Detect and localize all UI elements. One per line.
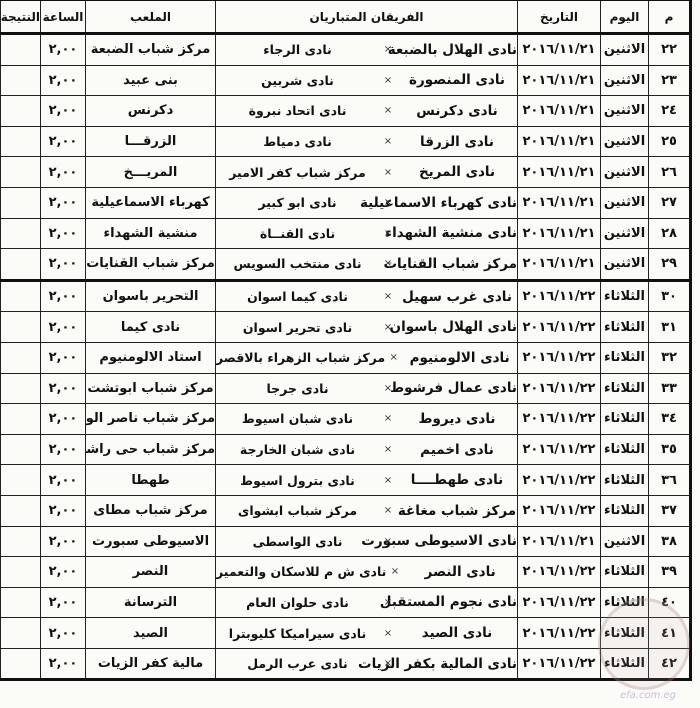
- match-stadium: طهطا: [86, 465, 216, 496]
- away-team: مركز شباب الزهراء بالاقصر: [216, 350, 385, 365]
- home-team: نادى الهلال بالضبعة: [397, 42, 517, 58]
- match-day: الثلاثاء: [601, 342, 649, 373]
- home-team: نادى طهطــــا: [397, 472, 517, 488]
- match-stadium: نادى كيما: [86, 312, 216, 343]
- match-date: ٢٠١٦/١١/٢٢: [518, 404, 601, 435]
- versus-icon: ×: [379, 136, 397, 147]
- match-teams: نادى الهلال باسوان×نادى تحرير اسوان: [216, 312, 518, 343]
- match-result: [1, 526, 41, 557]
- match-day: الثلاثاء: [601, 434, 649, 465]
- match-date: ٢٠١٦/١١/٢٢: [518, 618, 601, 649]
- away-team: نادى بترول اسيوط: [216, 473, 379, 488]
- away-team: نادى الواسطى: [216, 534, 379, 549]
- versus-icon: ×: [386, 566, 403, 577]
- versus-icon: ×: [379, 505, 397, 516]
- match-result: [1, 342, 41, 373]
- match-number: ٣٩: [649, 557, 691, 588]
- home-team: نادى الهلال باسوان: [397, 319, 517, 335]
- table-row: ٣٤الثلاثاء٢٠١٦/١١/٢٢نادى ديروط×نادى شبان…: [1, 404, 691, 435]
- match-result: [1, 96, 41, 127]
- match-teams: نادى نجوم المستقبل×نادى حلوان العام: [216, 587, 518, 618]
- away-team: مركز شباب ابشواى: [216, 503, 379, 518]
- away-team: نادى سيراميكا كليوبترا: [216, 626, 379, 641]
- match-day: الاثنين: [601, 187, 649, 218]
- match-date: ٢٠١٦/١١/٢١: [518, 34, 601, 66]
- match-stadium: النصر: [86, 557, 216, 588]
- home-team: نادى النصر: [403, 564, 517, 580]
- match-stadium: مركز شباب الضبعة: [86, 34, 216, 66]
- match-day: الاثنين: [601, 34, 649, 66]
- match-time: ٢,٠٠: [41, 557, 86, 588]
- fixtures-body: ٢٢الاثنين٢٠١٦/١١/٢١نادى الهلال بالضبعة×ن…: [1, 34, 691, 680]
- home-team: نادى منشية الشهداء: [397, 225, 517, 241]
- match-stadium: مركز شباب ناصر الوليدية: [86, 404, 216, 435]
- match-date: ٢٠١٦/١١/٢١: [518, 65, 601, 96]
- away-team: نادى كيما اسوان: [216, 289, 379, 304]
- fixtures-sheet: م اليوم التاريخ الفريقان المتباريان المل…: [0, 0, 700, 708]
- match-day: الثلاثاء: [601, 312, 649, 343]
- match-time: ٢,٠٠: [41, 249, 86, 281]
- fixtures-table: م اليوم التاريخ الفريقان المتباريان المل…: [0, 0, 692, 681]
- match-time: ٢,٠٠: [41, 526, 86, 557]
- home-team: مركز شباب القنايات: [397, 256, 517, 272]
- away-team: نادى شربين: [216, 73, 379, 88]
- match-number: ٣٧: [649, 495, 691, 526]
- versus-icon: ×: [379, 444, 397, 455]
- match-time: ٢,٠٠: [41, 618, 86, 649]
- match-result: [1, 218, 41, 249]
- match-number: ٣٥: [649, 434, 691, 465]
- match-date: ٢٠١٦/١١/٢٢: [518, 648, 601, 680]
- match-date: ٢٠١٦/١١/٢٢: [518, 280, 601, 312]
- table-row: ٣٩الثلاثاء٢٠١٦/١١/٢٢نادى النصر×نادى ش م …: [1, 557, 691, 588]
- table-row: ٣٢الثلاثاء٢٠١٦/١١/٢٢نادى الالومنيوم×مركز…: [1, 342, 691, 373]
- match-date: ٢٠١٦/١١/٢٢: [518, 557, 601, 588]
- away-team: نادى شبان اسيوط: [216, 411, 379, 426]
- match-result: [1, 465, 41, 496]
- away-team: نادى حلوان العام: [216, 595, 379, 610]
- table-row: ٤٠الثلاثاء٢٠١٦/١١/٢٢نادى نجوم المستقبل×ن…: [1, 587, 691, 618]
- table-row: ٤٢الثلاثاء٢٠١٦/١١/٢٢نادى المالية بكفر ال…: [1, 648, 691, 680]
- match-time: ٢,٠٠: [41, 404, 86, 435]
- match-date: ٢٠١٦/١١/٢١: [518, 96, 601, 127]
- home-team: نادى المريخ: [397, 164, 517, 180]
- versus-icon: ×: [379, 658, 397, 669]
- match-stadium: دكرنس: [86, 96, 216, 127]
- match-result: [1, 434, 41, 465]
- versus-icon: ×: [379, 291, 397, 302]
- match-number: ٢٦: [649, 157, 691, 188]
- federation-logo-watermark: [598, 598, 690, 690]
- match-stadium: منشية الشهداء: [86, 218, 216, 249]
- match-day: الثلاثاء: [601, 495, 649, 526]
- home-team: نادى عمال فرشوط: [397, 380, 517, 396]
- versus-icon: ×: [379, 105, 397, 116]
- match-result: [1, 618, 41, 649]
- match-time: ٢,٠٠: [41, 312, 86, 343]
- versus-icon: ×: [379, 475, 397, 486]
- table-row: ٢٢الاثنين٢٠١٦/١١/٢١نادى الهلال بالضبعة×ن…: [1, 34, 691, 66]
- table-row: ٣٥الثلاثاء٢٠١٦/١١/٢٢نادى اخميم×نادى شبان…: [1, 434, 691, 465]
- match-number: ٣٠: [649, 280, 691, 312]
- match-result: [1, 557, 41, 588]
- match-date: ٢٠١٦/١١/٢١: [518, 187, 601, 218]
- match-stadium: مالية كفر الزيات: [86, 648, 216, 680]
- match-result: [1, 373, 41, 404]
- match-time: ٢,٠٠: [41, 587, 86, 618]
- match-time: ٢,٠٠: [41, 434, 86, 465]
- match-time: ٢,٠٠: [41, 65, 86, 96]
- match-date: ٢٠١٦/١١/٢١: [518, 249, 601, 281]
- home-team: نادى اخميم: [397, 442, 517, 458]
- match-teams: نادى الاسيوطى سبورت×نادى الواسطى: [216, 526, 518, 557]
- match-stadium: الصيد: [86, 618, 216, 649]
- match-result: [1, 312, 41, 343]
- home-team: نادى نجوم المستقبل: [397, 594, 517, 610]
- home-team: نادى الالومنيوم: [402, 350, 517, 366]
- match-day: الاثنين: [601, 65, 649, 96]
- header-row: م اليوم التاريخ الفريقان المتباريان المل…: [1, 0, 691, 34]
- match-date: ٢٠١٦/١١/٢١: [518, 126, 601, 157]
- versus-icon: ×: [379, 75, 397, 86]
- match-day: الثلاثاء: [601, 373, 649, 404]
- match-date: ٢٠١٦/١١/٢١: [518, 157, 601, 188]
- versus-icon: ×: [379, 197, 397, 208]
- match-time: ٢,٠٠: [41, 465, 86, 496]
- match-result: [1, 157, 41, 188]
- versus-icon: ×: [379, 536, 397, 547]
- match-date: ٢٠١٦/١١/٢٢: [518, 495, 601, 526]
- match-number: ٢٤: [649, 96, 691, 127]
- home-team: مركز شباب مغاغة: [397, 503, 517, 519]
- versus-icon: ×: [379, 44, 397, 55]
- match-result: [1, 280, 41, 312]
- match-day: الثلاثاء: [601, 280, 649, 312]
- table-row: ٣١الثلاثاء٢٠١٦/١١/٢٢نادى الهلال باسوان×ن…: [1, 312, 691, 343]
- match-teams: نادى الصيد×نادى سيراميكا كليوبترا: [216, 618, 518, 649]
- match-stadium: التحرير باسوان: [86, 280, 216, 312]
- match-result: [1, 495, 41, 526]
- away-team: نادى شبان الخارجة: [216, 442, 379, 457]
- match-teams: نادى المنصورة×نادى شربين: [216, 65, 518, 96]
- match-date: ٢٠١٦/١١/٢٢: [518, 373, 601, 404]
- table-row: ٢٣الاثنين٢٠١٦/١١/٢١نادى المنصورة×نادى شر…: [1, 65, 691, 96]
- match-day: الاثنين: [601, 249, 649, 281]
- match-day: الثلاثاء: [601, 557, 649, 588]
- match-date: ٢٠١٦/١١/٢٢: [518, 465, 601, 496]
- away-team: نادى ش م للاسكان والتعمير: [216, 564, 386, 579]
- watermark-text: efa.com.eg: [620, 690, 676, 701]
- match-teams: نادى غرب سهيل×نادى كيما اسوان: [216, 280, 518, 312]
- header-teams: الفريقان المتباريان: [216, 0, 518, 34]
- versus-icon: ×: [379, 258, 397, 269]
- match-teams: نادى طهطــــا×نادى بترول اسيوط: [216, 465, 518, 496]
- match-time: ٢,٠٠: [41, 495, 86, 526]
- versus-icon: ×: [379, 597, 397, 608]
- match-stadium: كهرباء الاسماعيلية: [86, 187, 216, 218]
- match-teams: نادى الهلال بالضبعة×نادى الرجاء: [216, 34, 518, 66]
- match-number: ٣٣: [649, 373, 691, 404]
- table-row: ٢٤الاثنين٢٠١٦/١١/٢١نادى دكرنس×نادى اتحاد…: [1, 96, 691, 127]
- home-team: نادى كهرباء الاسماعيلية: [397, 195, 517, 211]
- table-row: ٢٨الاثنين٢٠١٦/١١/٢١نادى منشية الشهداء×نا…: [1, 218, 691, 249]
- match-stadium: مركز شباب مطاى: [86, 495, 216, 526]
- match-teams: نادى الالومنيوم×مركز شباب الزهراء بالاقص…: [216, 342, 518, 373]
- away-team: نادى القنــاة: [216, 226, 379, 241]
- home-team: نادى الصيد: [397, 625, 517, 641]
- versus-icon: ×: [379, 322, 397, 333]
- match-number: ٢٧: [649, 187, 691, 218]
- header-num: م: [649, 0, 691, 34]
- match-result: [1, 404, 41, 435]
- header-result: النتيجة: [1, 0, 41, 34]
- versus-icon: ×: [379, 413, 397, 424]
- match-day: الاثنين: [601, 126, 649, 157]
- match-result: [1, 34, 41, 66]
- match-date: ٢٠١٦/١١/٢٢: [518, 434, 601, 465]
- match-stadium: مركز شباب ابوتشت: [86, 373, 216, 404]
- home-team: نادى دكرنس: [397, 103, 517, 119]
- match-teams: نادى النصر×نادى ش م للاسكان والتعمير: [216, 557, 518, 588]
- match-date: ٢٠١٦/١١/٢٢: [518, 312, 601, 343]
- header-date: التاريخ: [518, 0, 601, 34]
- match-teams: نادى عمال فرشوط×نادى جرجا: [216, 373, 518, 404]
- table-row: ٤١الثلاثاء٢٠١٦/١١/٢٢نادى الصيد×نادى سيرا…: [1, 618, 691, 649]
- home-team: نادى غرب سهيل: [397, 289, 517, 305]
- table-row: ٢٩الاثنين٢٠١٦/١١/٢١مركز شباب القنايات×نا…: [1, 249, 691, 281]
- match-date: ٢٠١٦/١١/٢٢: [518, 587, 601, 618]
- match-time: ٢,٠٠: [41, 342, 86, 373]
- table-row: ٣٧الثلاثاء٢٠١٦/١١/٢٢مركز شباب مغاغة×مركز…: [1, 495, 691, 526]
- match-stadium: الترسانة: [86, 587, 216, 618]
- table-row: ٣٣الثلاثاء٢٠١٦/١١/٢٢نادى عمال فرشوط×نادى…: [1, 373, 691, 404]
- match-teams: نادى الزرقا×نادى دمياط: [216, 126, 518, 157]
- match-stadium: الزرقـــا: [86, 126, 216, 157]
- match-time: ٢,٠٠: [41, 126, 86, 157]
- match-stadium: مركز شباب القنايات: [86, 249, 216, 281]
- away-team: نادى الرجاء: [216, 42, 379, 57]
- match-day: الاثنين: [601, 218, 649, 249]
- table-row: ٢٧الاثنين٢٠١٦/١١/٢١نادى كهرباء الاسماعيل…: [1, 187, 691, 218]
- match-date: ٢٠١٦/١١/٢١: [518, 526, 601, 557]
- match-teams: مركز شباب مغاغة×مركز شباب ابشواى: [216, 495, 518, 526]
- away-team: نادى جرجا: [216, 381, 379, 396]
- match-teams: نادى منشية الشهداء×نادى القنــاة: [216, 218, 518, 249]
- match-teams: مركز شباب القنايات×نادى منتخب السويس: [216, 249, 518, 281]
- home-team: نادى ديروط: [397, 411, 517, 427]
- match-day: الاثنين: [601, 157, 649, 188]
- match-result: [1, 126, 41, 157]
- match-result: [1, 587, 41, 618]
- match-teams: نادى كهرباء الاسماعيلية×نادى ابو كبير: [216, 187, 518, 218]
- versus-icon: ×: [379, 628, 397, 639]
- home-team: نادى المالية بكفر الزيات: [397, 656, 517, 672]
- away-team: نادى ابو كبير: [216, 195, 379, 210]
- match-number: ٣١: [649, 312, 691, 343]
- home-team: نادى المنصورة: [397, 72, 517, 88]
- match-day: الثلاثاء: [601, 404, 649, 435]
- match-number: ٢٨: [649, 218, 691, 249]
- match-time: ٢,٠٠: [41, 157, 86, 188]
- match-number: ٢٣: [649, 65, 691, 96]
- match-teams: نادى المريخ×مركز شباب كفر الامير: [216, 157, 518, 188]
- match-teams: نادى ديروط×نادى شبان اسيوط: [216, 404, 518, 435]
- match-date: ٢٠١٦/١١/٢٢: [518, 342, 601, 373]
- match-stadium: مركز شباب حى راشد: [86, 434, 216, 465]
- match-number: ٢٢: [649, 34, 691, 66]
- away-team: نادى دمياط: [216, 134, 379, 149]
- match-number: ٣٦: [649, 465, 691, 496]
- match-number: ٢٩: [649, 249, 691, 281]
- match-day: الاثنين: [601, 526, 649, 557]
- match-time: ٢,٠٠: [41, 280, 86, 312]
- match-stadium: بنى عبيد: [86, 65, 216, 96]
- match-time: ٢,٠٠: [41, 648, 86, 680]
- away-team: مركز شباب كفر الامير: [216, 165, 379, 180]
- away-team: نادى اتحاد نبروة: [216, 103, 379, 118]
- match-teams: نادى دكرنس×نادى اتحاد نبروة: [216, 96, 518, 127]
- header-time: الساعة: [41, 0, 86, 34]
- match-result: [1, 648, 41, 680]
- match-stadium: المريـــخ: [86, 157, 216, 188]
- match-stadium: الاسيوطى سبورت: [86, 526, 216, 557]
- match-stadium: استاد الالومنيوم: [86, 342, 216, 373]
- away-team: نادى منتخب السويس: [216, 256, 379, 271]
- table-row: ٣٦الثلاثاء٢٠١٦/١١/٢٢نادى طهطــــا×نادى ب…: [1, 465, 691, 496]
- header-stadium: الملعب: [86, 0, 216, 34]
- away-team: نادى تحرير اسوان: [216, 320, 379, 335]
- match-time: ٢,٠٠: [41, 96, 86, 127]
- match-number: ٣٤: [649, 404, 691, 435]
- match-date: ٢٠١٦/١١/٢١: [518, 218, 601, 249]
- match-time: ٢,٠٠: [41, 187, 86, 218]
- versus-icon: ×: [379, 228, 397, 239]
- match-day: الثلاثاء: [601, 465, 649, 496]
- match-time: ٢,٠٠: [41, 218, 86, 249]
- table-row: ٣٨الاثنين٢٠١٦/١١/٢١نادى الاسيوطى سبورت×ن…: [1, 526, 691, 557]
- table-row: ٢٦الاثنين٢٠١٦/١١/٢١نادى المريخ×مركز شباب…: [1, 157, 691, 188]
- match-result: [1, 187, 41, 218]
- match-day: الاثنين: [601, 96, 649, 127]
- versus-icon: ×: [385, 352, 402, 363]
- match-teams: نادى المالية بكفر الزيات×نادى عرب الرمل: [216, 648, 518, 680]
- away-team: نادى عرب الرمل: [216, 656, 379, 671]
- header-day: اليوم: [601, 0, 649, 34]
- match-result: [1, 65, 41, 96]
- match-number: ٣٢: [649, 342, 691, 373]
- versus-icon: ×: [379, 383, 397, 394]
- home-team: نادى الاسيوطى سبورت: [397, 533, 517, 549]
- match-number: ٣٨: [649, 526, 691, 557]
- versus-icon: ×: [379, 167, 397, 178]
- table-row: ٢٥الاثنين٢٠١٦/١١/٢١نادى الزرقا×نادى دميا…: [1, 126, 691, 157]
- match-result: [1, 249, 41, 281]
- match-teams: نادى اخميم×نادى شبان الخارجة: [216, 434, 518, 465]
- table-row: ٣٠الثلاثاء٢٠١٦/١١/٢٢نادى غرب سهيل×نادى ك…: [1, 280, 691, 312]
- match-time: ٢,٠٠: [41, 373, 86, 404]
- match-number: ٢٥: [649, 126, 691, 157]
- home-team: نادى الزرقا: [397, 134, 517, 150]
- match-time: ٢,٠٠: [41, 34, 86, 66]
